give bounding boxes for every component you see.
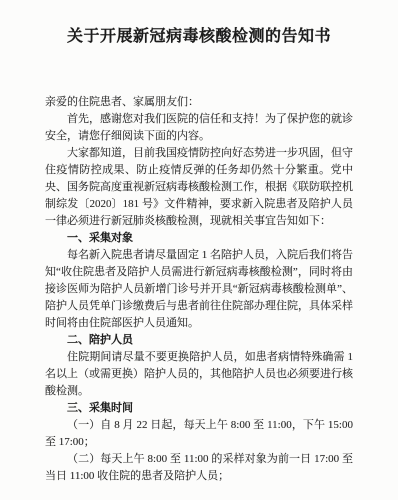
section-heading-collection-time: 三、采集时间 <box>45 400 353 417</box>
section-2-paragraph-1: 住院期间请尽量不要更换陪护人员，如患者病情特殊确需 1 名以上（或需更换）陪护人… <box>45 349 353 400</box>
document-body: 亲爱的住院患者、家属朋友们： 首先，感谢您对我们医院的信任和支持！为了保护您的就… <box>45 94 353 485</box>
section-heading-caregivers: 二、陪护人员 <box>45 332 353 349</box>
intro-paragraph-2: 大家都知道，目前我国疫情防控向好态势进一步巩固，但守住疫情防控成果、防止疫情反弹… <box>45 145 353 230</box>
section-1-paragraph-1: 每名新入院患者请尽量固定 1 名陪护人员，入院后我们将告知“收住院患者及陪护人员… <box>45 247 353 332</box>
document-title: 关于开展新冠病毒核酸检测的告知书 <box>45 26 353 48</box>
notice-document-page: 关于开展新冠病毒核酸检测的告知书 亲爱的住院患者、家属朋友们： 首先，感谢您对我… <box>0 0 398 500</box>
section-heading-collection-targets: 一、采集对象 <box>45 230 353 247</box>
section-3-paragraph-1: （一）自 8 月 22 日起，每天上午 8:00 至 11:00，下午 15:0… <box>45 417 353 451</box>
section-3-paragraph-2: （二）每天上午 8:00 至 11:00 的采样对象为前一日 17:00 至当日… <box>45 451 353 485</box>
intro-paragraph-1: 首先，感谢您对我们医院的信任和支持！为了保护您的就诊安全，请您仔细阅读下面的内容… <box>45 111 353 145</box>
salutation: 亲爱的住院患者、家属朋友们： <box>45 94 353 111</box>
